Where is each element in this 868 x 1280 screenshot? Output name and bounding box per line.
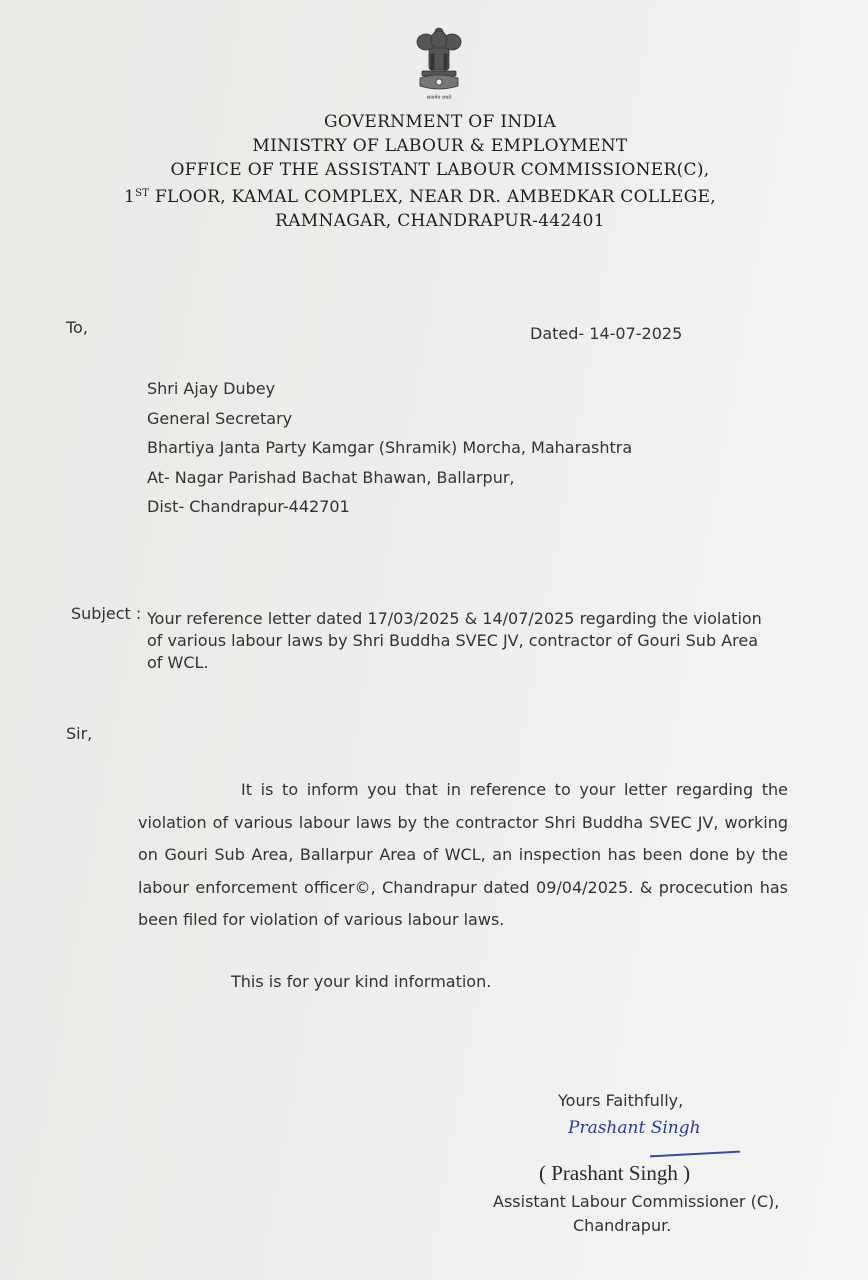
recipient-district: Dist- Chandrapur-442701 <box>147 492 632 522</box>
subject-text: Your reference letter dated 17/03/2025 &… <box>147 608 767 674</box>
to-label: To, <box>66 318 88 337</box>
letterhead-line-office: OFFICE OF THE ASSISTANT LABOUR COMMISSIO… <box>60 158 820 182</box>
letterhead-line-government: GOVERNMENT OF INDIA <box>60 110 820 134</box>
recipient-organisation: Bhartiya Janta Party Kamgar (Shramik) Mo… <box>147 433 632 463</box>
greeting: Sir, <box>66 724 92 743</box>
recipient-designation: General Secretary <box>147 404 632 434</box>
recipient-name: Shri Ajay Dubey <box>147 374 632 404</box>
letterhead-line-ministry: MINISTRY OF LABOUR & EMPLOYMENT <box>60 134 820 158</box>
letter-body: It is to inform you that in reference to… <box>138 774 788 937</box>
emblem-motto: सत्यमेव जयते <box>427 94 452 101</box>
handwritten-signature: Prashant Singh <box>568 1118 701 1138</box>
recipient-address: Shri Ajay Dubey General Secretary Bharti… <box>147 374 632 522</box>
closing-line: This is for your kind information. <box>231 972 491 991</box>
signer-name: ( Prashant Singh ) <box>539 1161 690 1186</box>
signer-place: Chandrapur. <box>573 1216 671 1235</box>
subject-label: Subject : <box>71 604 141 623</box>
signer-designation: Assistant Labour Commissioner (C), <box>493 1192 779 1211</box>
letterhead-line-city: RAMNAGAR, CHANDRAPUR-442401 <box>60 209 820 233</box>
national-emblem-icon: सत्यमेव जयते <box>412 24 466 102</box>
recipient-address-line: At- Nagar Parishad Bachat Bhawan, Ballar… <box>147 463 632 493</box>
yours-faithfully: Yours Faithfully, <box>558 1091 683 1110</box>
letter-date: Dated- 14-07-2025 <box>530 324 682 343</box>
letterhead-line-address: 1ST FLOOR, KAMAL COMPLEX, NEAR DR. AMBED… <box>20 182 820 209</box>
letter-page: सत्यमेव जयते GOVERNMENT OF INDIA MINISTR… <box>0 0 868 1280</box>
letterhead: GOVERNMENT OF INDIA MINISTRY OF LABOUR &… <box>60 110 820 233</box>
signature-underline <box>650 1151 740 1158</box>
body-paragraph: It is to inform you that in reference to… <box>138 774 788 937</box>
